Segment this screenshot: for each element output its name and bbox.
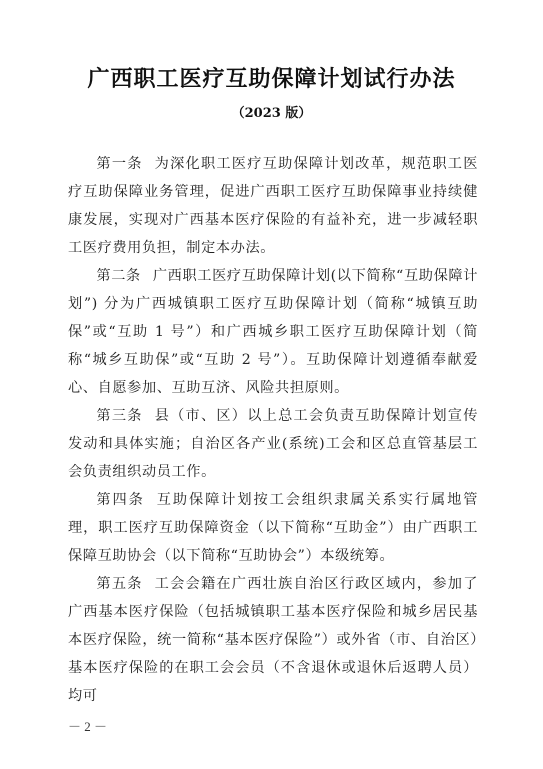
- article-text: 工会会籍在广西壮族自治区行政区域内，参加了广西基本医疗保险（包括城镇职工基本医疗…: [68, 576, 478, 704]
- article-5: 第五条工会会籍在广西壮族自治区行政区域内，参加了广西基本医疗保险（包括城镇职工基…: [68, 570, 478, 710]
- page-number: － 2 －: [68, 716, 107, 735]
- article-4: 第四条互助保障计划按工会组织隶属关系实行属地管理，职工医疗互助保障资金（以下简称…: [68, 486, 478, 570]
- article-label: 第三条: [96, 408, 142, 424]
- document-body: 第一条为深化职工医疗互助保障计划改革，规范职工医疗互助保障业务管理，促进广西职工…: [68, 150, 478, 710]
- article-label: 第一条: [96, 156, 142, 172]
- document-title: 广西职工医疗互助保障计划试行办法: [0, 62, 543, 93]
- article-2: 第二条广西职工医疗互助保障计划(以下简称“互助保障计划”) 分为广西城镇职工医疗…: [68, 262, 478, 402]
- article-label: 第二条: [96, 268, 140, 284]
- document-subtitle: （2023 版）: [0, 102, 543, 121]
- article-3: 第三条县（市、区）以上总工会负责互助保障计划宣传发动和具体实施；自治区各产业(系…: [68, 402, 478, 486]
- article-1: 第一条为深化职工医疗互助保障计划改革，规范职工医疗互助保障业务管理，促进广西职工…: [68, 150, 478, 262]
- article-text: 广西职工医疗互助保障计划(以下简称“互助保障计划”) 分为广西城镇职工医疗互助保…: [68, 268, 478, 396]
- article-label: 第四条: [96, 492, 144, 508]
- article-label: 第五条: [96, 576, 142, 592]
